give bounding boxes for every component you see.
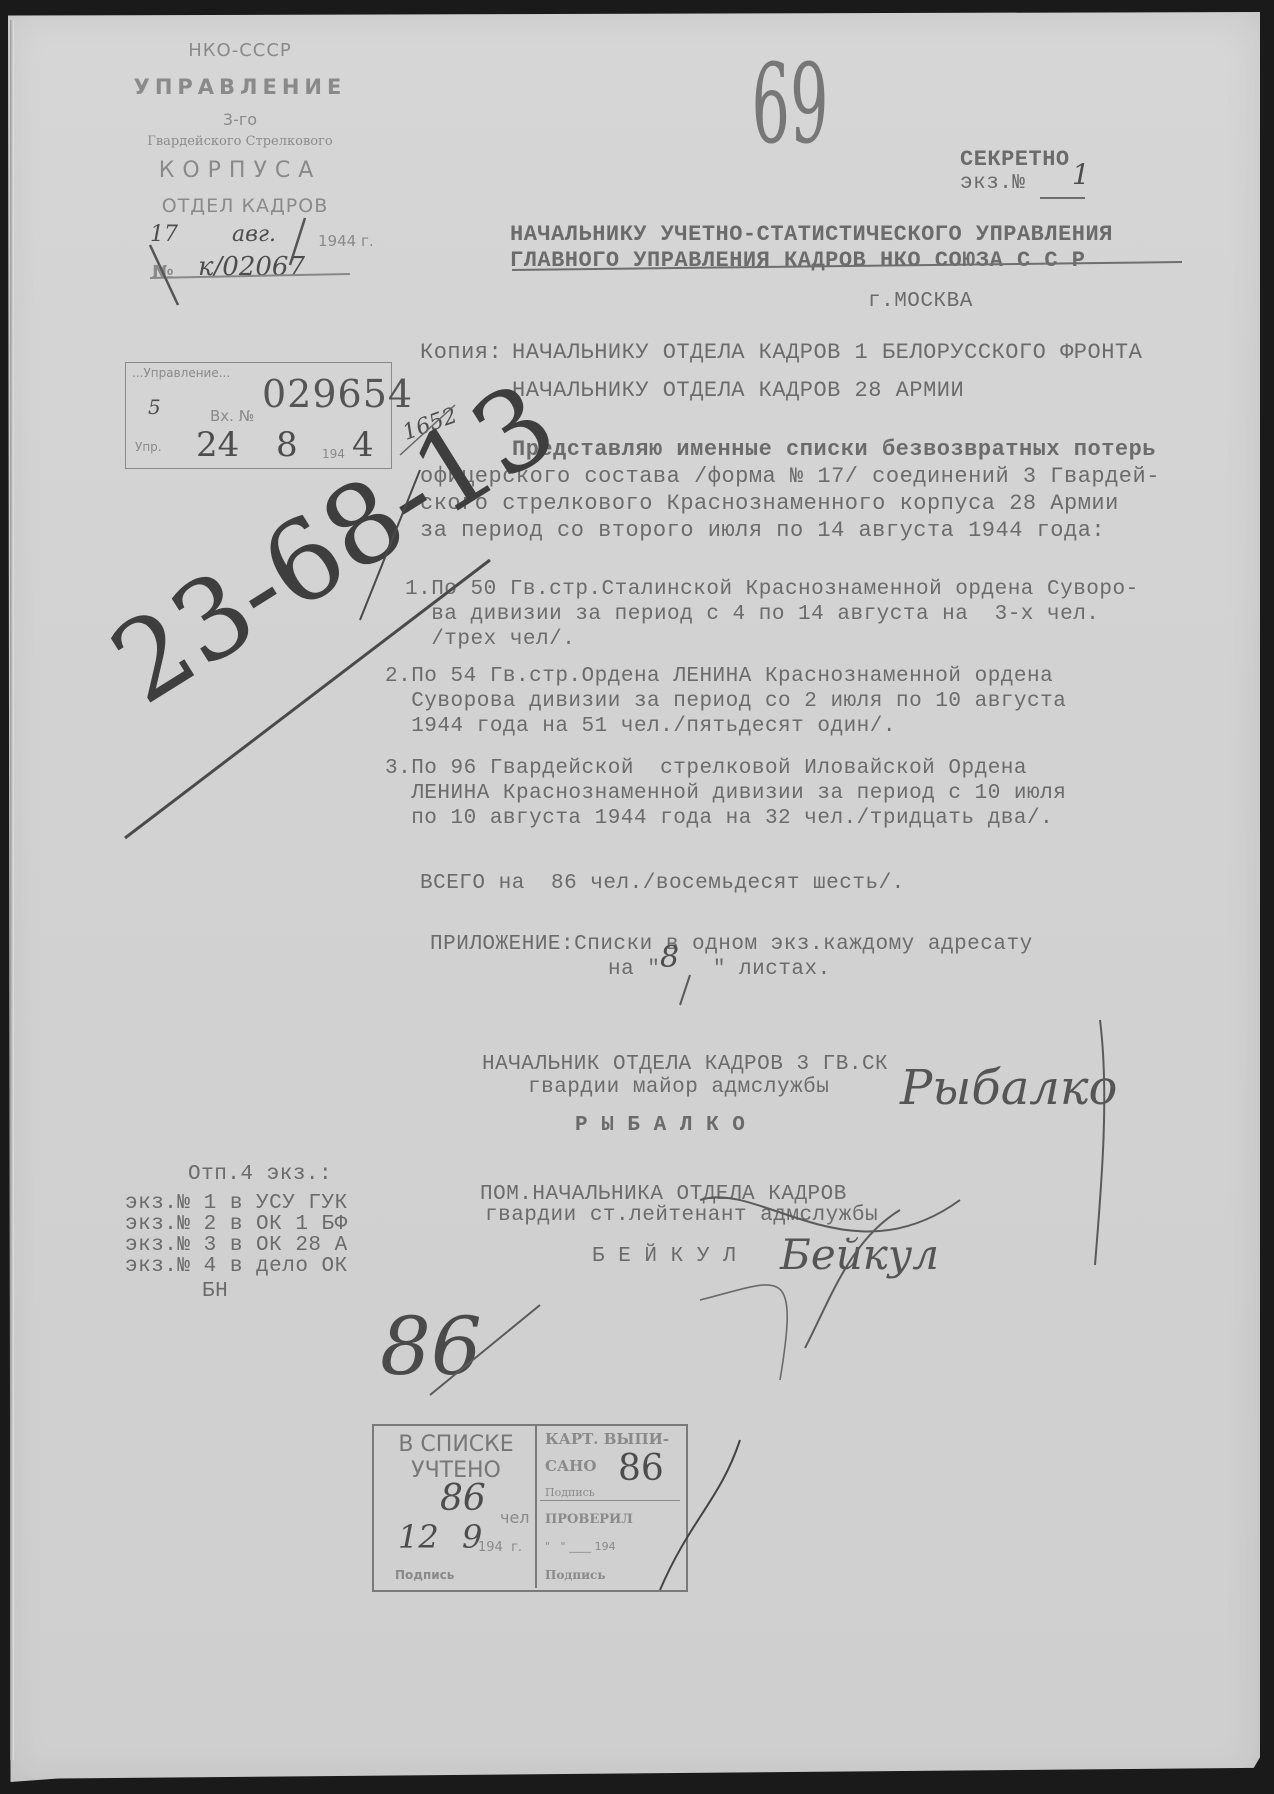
stamp-number: к/02067 bbox=[198, 252, 305, 282]
attachment-line: ПРИЛОЖЕНИЕ:Списки в одном экз.каждому ад… bbox=[430, 933, 1033, 956]
stamp-line: ОТДЕЛ КАДРОВ bbox=[150, 195, 340, 217]
distribution-line: экз.№ 3 в ОК 28 А bbox=[125, 1234, 348, 1257]
distribution-header: Отп.4 экз.: bbox=[188, 1163, 332, 1186]
signer-title: ПОМ.НАЧАЛЬНИКА ОТДЕЛА КАДРОВ bbox=[480, 1183, 847, 1206]
list-item-line: /трех чел/. bbox=[405, 628, 575, 651]
registry-right-title: САНО bbox=[545, 1457, 596, 1475]
signature-2: Бейкул bbox=[780, 1230, 939, 1279]
registry-count-unit: чел bbox=[500, 1508, 530, 1527]
copy-to-label: Копия: bbox=[420, 340, 502, 365]
stamp-line: НКО-СССР bbox=[170, 40, 310, 61]
signer-title: НАЧАЛЬНИК ОТДЕЛА КАДРОВ 3 ГВ.СК bbox=[482, 1053, 888, 1076]
signer-rank: гвардии ст.лейтенант адмслужбы bbox=[485, 1204, 878, 1227]
intro-line: за период со второго июля по 14 августа … bbox=[420, 518, 1105, 543]
distribution-line: экз.№ 4 в дело ОК bbox=[125, 1255, 348, 1278]
incoming-date-year: 194 bbox=[322, 447, 345, 461]
signer-name: Б Е Й К У Л bbox=[592, 1245, 736, 1268]
distribution-initials: БН bbox=[202, 1280, 228, 1303]
stamp-line: УПРАВЛЕНИЕ bbox=[130, 75, 350, 99]
page-marker: 86 bbox=[380, 1300, 482, 1393]
incoming-number-label: Вх. № bbox=[210, 407, 254, 425]
stamp-line: Гвардейского Стрелкового bbox=[130, 134, 350, 149]
signer-rank: гвардии майор адмслужбы bbox=[528, 1076, 829, 1099]
incoming-date-month: 8 bbox=[276, 425, 298, 465]
registry-right-count: 86 bbox=[618, 1448, 664, 1489]
list-item-line: 2.По 54 Гв.стр.Ордена ЛЕНИНА Краснознаме… bbox=[385, 665, 1053, 688]
page-edge bbox=[10, 20, 14, 1760]
registry-right-title: КАРТ. ВЫПИ- bbox=[545, 1430, 669, 1448]
copy-to-line: НАЧАЛЬНИКУ ОТДЕЛА КАДРОВ 1 БЕЛОРУССКОГО … bbox=[512, 340, 1142, 365]
stamp-date-day: 17 bbox=[150, 222, 178, 247]
list-item-line: по 10 августа 1944 года на 32 чел./тридц… bbox=[385, 807, 1053, 830]
registry-date-year: 194 г. bbox=[478, 1540, 522, 1555]
intro-line: Представляю именные списки безвозвратных… bbox=[512, 437, 1156, 462]
registry-checked-date: " " ____ 194 bbox=[545, 1540, 616, 1553]
incoming-date-day: 24 bbox=[196, 425, 239, 465]
addressee-line: НАЧАЛЬНИКУ УЧЕТНО-СТАТИСТИЧЕСКОГО УПРАВЛ… bbox=[510, 222, 1113, 247]
signature-1: Рыбалко bbox=[900, 1060, 1117, 1116]
incoming-date-label: Упр. bbox=[135, 440, 162, 454]
copy-to-line: НАЧАЛЬНИКУ ОТДЕЛА КАДРОВ 28 АРМИИ bbox=[512, 378, 964, 403]
stamp-number-label: № bbox=[152, 262, 174, 283]
incoming-sub: 5 bbox=[148, 395, 161, 419]
stamp-line: 3-го bbox=[200, 110, 280, 129]
stamp-date-month: авг. bbox=[232, 222, 276, 247]
stamp-date-year: 1944 г. bbox=[318, 232, 374, 250]
incoming-number: 029654 bbox=[262, 372, 413, 416]
distribution-line: экз.№ 2 в ОК 1 БФ bbox=[125, 1213, 348, 1236]
list-item-line: ЛЕНИНА Краснознаменной дивизии за период… bbox=[385, 782, 1066, 805]
registry-right-sign-label: Подпись bbox=[545, 1486, 595, 1499]
list-item-line: 1.По 50 Гв.стр.Сталинской Краснознаменно… bbox=[405, 578, 1139, 601]
list-item-line: 1944 года на 51 чел./пятьдесят один/. bbox=[385, 715, 896, 738]
classification-label: СЕКРЕТНО bbox=[960, 147, 1070, 172]
registry-sign-label: Подпись bbox=[395, 1568, 454, 1582]
addressee-city: г.МОСКВА bbox=[868, 290, 973, 313]
registry-left-title: В СПИСКЕ bbox=[382, 1432, 530, 1457]
registry-checked-label: ПРОВЕРИЛ bbox=[545, 1512, 633, 1527]
registry-date-day: 12 bbox=[398, 1518, 439, 1556]
list-item-line: Суворова дивизии за период со 2 июля по … bbox=[385, 690, 1066, 713]
stamp-line: КОРПУСА bbox=[150, 158, 330, 183]
attachment-line: на " " листах. bbox=[608, 958, 831, 981]
incoming-header: ...Управление... bbox=[132, 366, 230, 380]
registry-right-sign-label: Подпись bbox=[545, 1568, 605, 1582]
addressee-line: ГЛАВНОГО УПРАВЛЕНИЯ КАДРОВ НКО СОЮЗА С С… bbox=[510, 248, 1086, 273]
list-item-line: ва дивизии за период с 4 по 14 августа н… bbox=[405, 603, 1099, 626]
distribution-line: экз.№ 1 в УСУ ГУК bbox=[125, 1192, 348, 1215]
copy-label: экз.№ bbox=[960, 172, 1026, 195]
list-item-line: 3.По 96 Гвардейской стрелковой Иловайско… bbox=[385, 757, 1027, 780]
archive-number: 69 bbox=[751, 40, 828, 168]
attachment-sheets: 8 bbox=[660, 940, 679, 975]
registry-count: 86 bbox=[440, 1478, 486, 1519]
total-line: ВСЕГО на 86 чел./восемьдесят шесть/. bbox=[420, 872, 905, 895]
copy-number: 1 bbox=[1072, 158, 1090, 191]
signer-name: Р Ы Б А Л К О bbox=[575, 1114, 745, 1137]
